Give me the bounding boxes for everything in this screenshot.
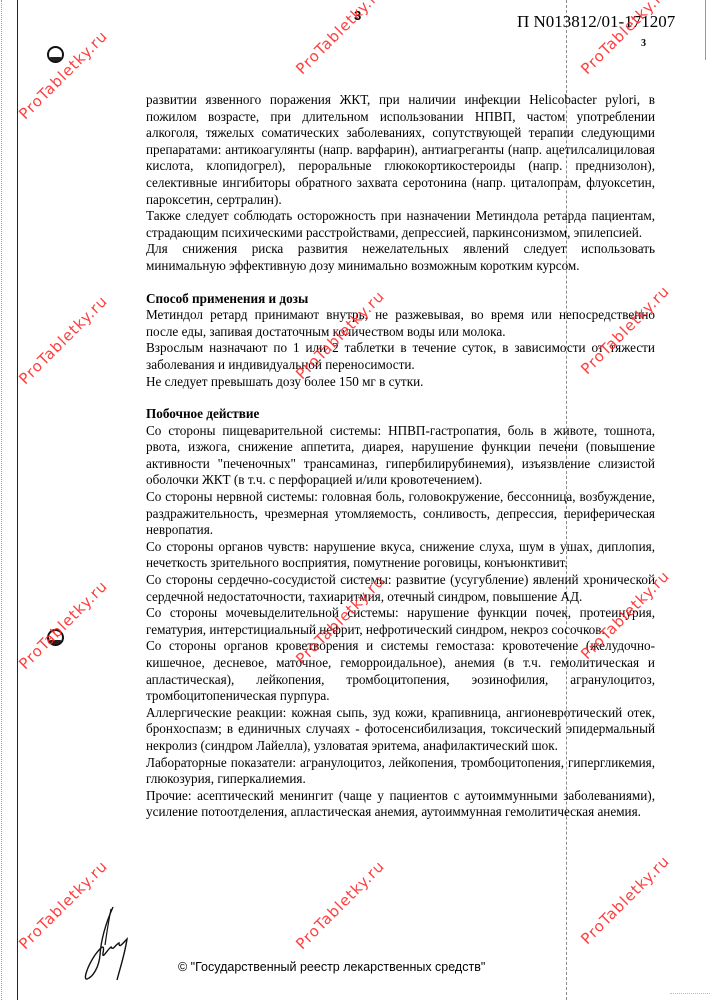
page-number-small: 3	[641, 38, 646, 49]
watermark: ProTabletky.ru	[292, 0, 388, 78]
dosage-paragraph: Взрослым назначают по 1 или 2 таблетки в…	[146, 340, 655, 373]
side-effect-paragraph: Со стороны нервной системы: головная бол…	[146, 489, 655, 539]
watermark: ProTabletky.ru	[15, 577, 111, 673]
punch-hole-icon	[47, 46, 64, 63]
side-effect-paragraph: Аллергические реакции: кожная сыпь, зуд …	[146, 705, 655, 755]
risk-paragraph: Для снижения риска развития нежелательны…	[146, 241, 655, 274]
copyright-footer: © "Государственный реестр лекарственных …	[178, 960, 485, 974]
document-body: развитии язвенного поражения ЖКТ, при на…	[146, 92, 655, 821]
page-right-edge	[705, 0, 706, 60]
page-left-edge	[17, 0, 18, 1000]
watermark: ProTabletky.ru	[15, 292, 111, 388]
watermark: ProTabletky.ru	[15, 27, 111, 123]
dosage-paragraph: Метиндол ретард принимают внутрь, не раз…	[146, 307, 655, 340]
side-effect-paragraph: Лабораторные показатели: агранулоцитоз, …	[146, 755, 655, 788]
side-effect-paragraph: Со стороны органов чувств: нарушение вку…	[146, 539, 655, 572]
scan-edge-dotted	[1, 0, 2, 1000]
side-effect-paragraph: Со стороны мочевыделительной системы: на…	[146, 605, 655, 638]
caution-paragraph: Также следует соблюдать осторожность при…	[146, 208, 655, 241]
watermark: ProTabletky.ru	[577, 852, 673, 948]
intro-paragraph: развитии язвенного поражения ЖКТ, при на…	[146, 92, 655, 208]
watermark: ProTabletky.ru	[292, 857, 388, 953]
side-effect-paragraph: Со стороны пищеварительной системы: НПВП…	[146, 423, 655, 489]
signature-icon	[75, 905, 135, 985]
scan-artifact	[670, 993, 710, 997]
side-effects-heading: Побочное действие	[146, 406, 655, 423]
dosage-paragraph: Не следует превышать дозу более 150 мг в…	[146, 374, 655, 391]
dosage-heading: Способ применения и дозы	[146, 291, 655, 308]
side-effect-paragraph: Со стороны сердечно-сосудистой системы: …	[146, 572, 655, 605]
side-effect-paragraph: Прочие: асептический менингит (чаще у па…	[146, 788, 655, 821]
